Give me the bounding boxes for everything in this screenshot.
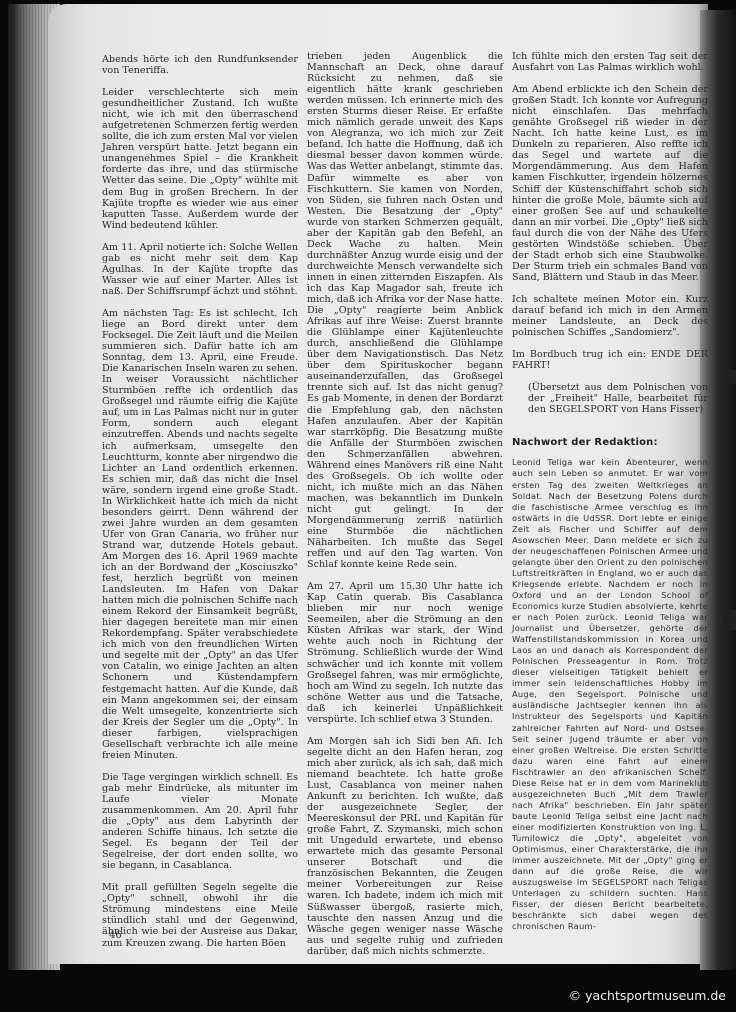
copyright-watermark: © yachtsportmuseum.de — [569, 988, 726, 1003]
text-column-right: Ich fühlte mich den ersten Tag seit der … — [512, 51, 708, 932]
paragraph: Ich fühlte mich den ersten Tag seit der … — [512, 51, 708, 73]
translation-note: (Übersetzt aus dem Polnischen von der „F… — [512, 382, 708, 415]
paragraph: Im Bordbuch trug ich ein: ENDE DER FAHRT… — [512, 349, 708, 371]
scanned-magazine-page: Abends hörte ich den Rundfunksender von … — [0, 0, 736, 1012]
paragraph: Ich schaltete meinen Motor ein. Kurz dar… — [512, 294, 708, 338]
paragraph: Die Tage vergingen wirklich schnell. Es … — [102, 772, 298, 871]
afterword-text: Leonid Teliga war kein Abenteurer, wenn … — [512, 457, 708, 932]
paragraph: Am 27. April um 15.30 Uhr hatte ich Kap … — [307, 581, 503, 725]
paragraph: Abends hörte ich den Rundfunksender von … — [102, 54, 298, 76]
text-column-middle: trieben jeden Augenblick die Mannschaft … — [307, 51, 503, 968]
afterword-heading: Nachwort der Redaktion: — [512, 437, 708, 448]
paragraph: Mit prall gefüllten Segeln segelte die „… — [102, 882, 298, 948]
text-column-left: Abends hörte ich den Rundfunksender von … — [102, 54, 298, 960]
paragraph: Am nächsten Tag: Es ist schlecht. Ich li… — [102, 308, 298, 761]
binding-ring-mark — [726, 370, 736, 384]
paragraph: Leider verschlechterte sich mein gesundh… — [102, 87, 298, 231]
binding-ring-mark — [726, 610, 736, 630]
paragraph: Am Abend erblickte ich den Schein der gr… — [512, 84, 708, 283]
paragraph: trieben jeden Augenblick die Mannschaft … — [307, 51, 503, 570]
paragraph: Am 11. April notierte ich: Solche Wellen… — [102, 242, 298, 297]
paragraph: Am Morgen sah ich Sidi ben Afi. Ich sege… — [307, 736, 503, 957]
page-number: 46 — [109, 930, 122, 941]
